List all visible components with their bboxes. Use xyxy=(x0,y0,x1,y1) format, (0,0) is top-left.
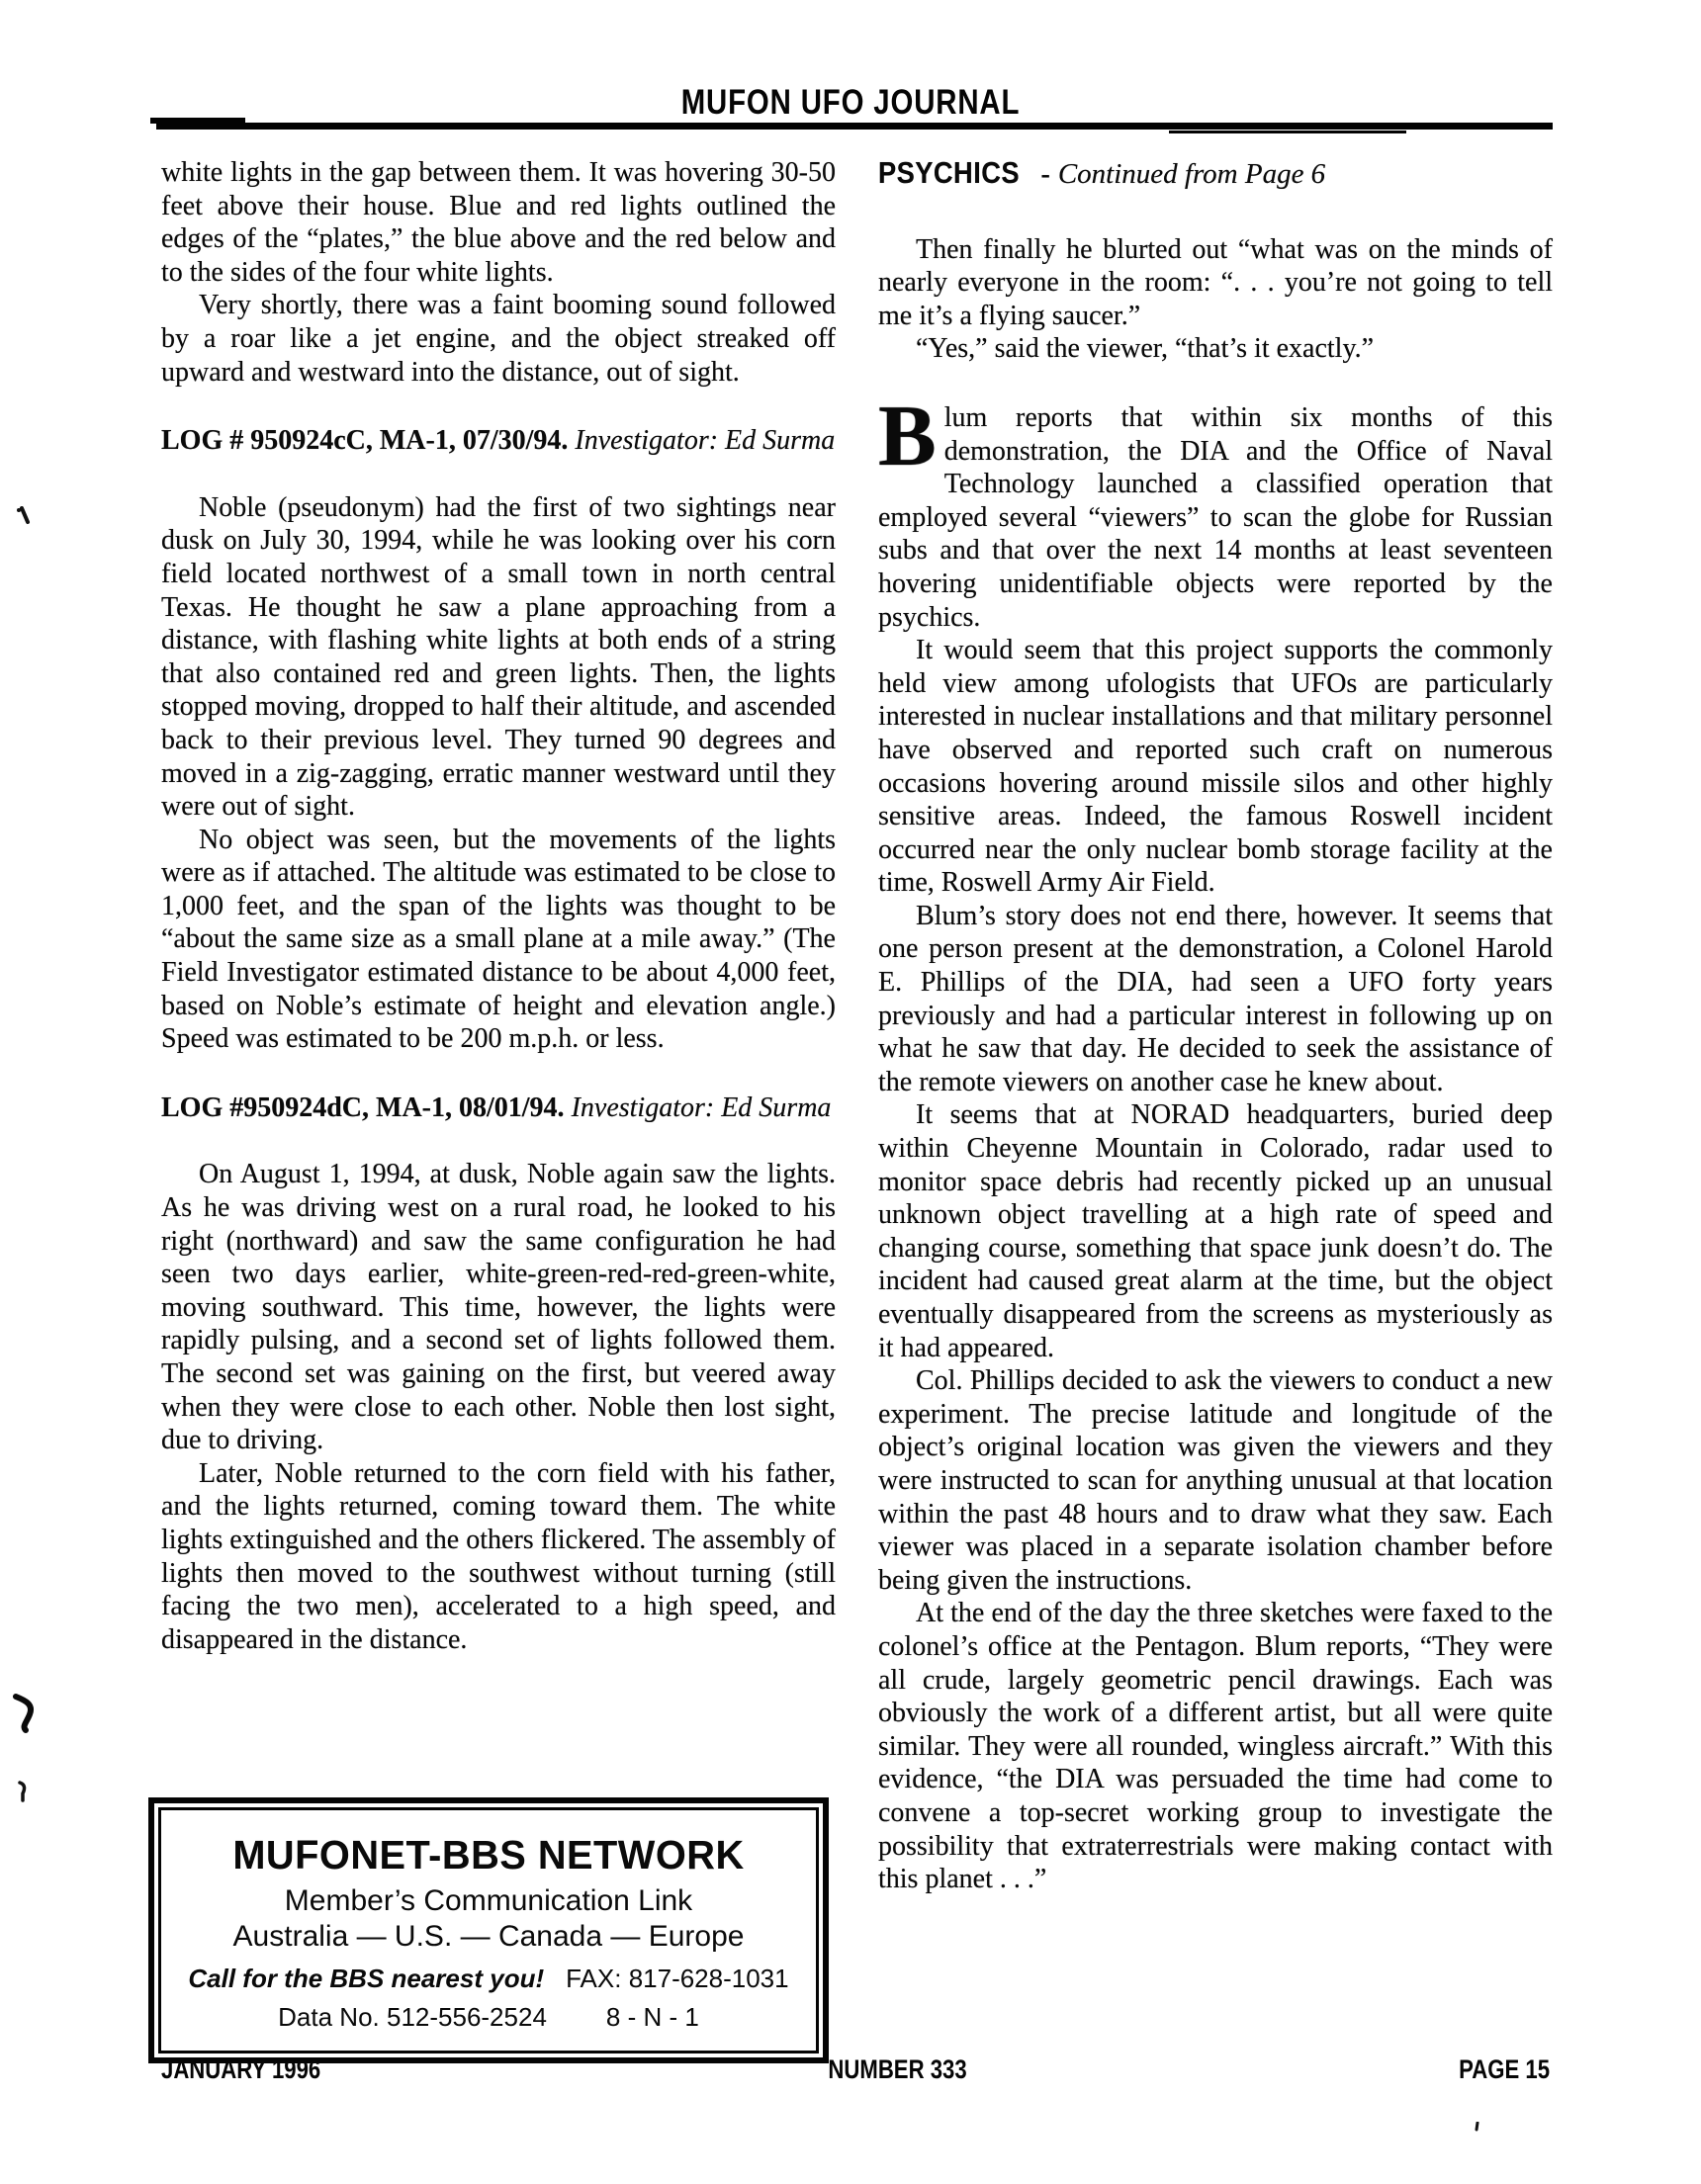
pen-small-mark xyxy=(17,1780,31,1803)
footer-issue-number: NUMBER 333 xyxy=(828,2054,966,2085)
ad-data-line: Data No. 512-556-25248 - N - 1 xyxy=(169,2002,808,2033)
paragraph: It seems that at NORAD headquarters, bur… xyxy=(878,1098,1553,1364)
paragraph: Blum’s story does not end there, however… xyxy=(878,900,1553,1099)
paragraph: “Yes,” said the viewer, “that’s it exact… xyxy=(878,332,1553,366)
mufonet-bbs-ad-inner: MUFONET-BBS NETWORK Member’s Communicati… xyxy=(158,1807,819,2053)
psychics-heading-dash: - xyxy=(1038,159,1057,190)
log-heading-1-investigator: Investigator: Ed Surma xyxy=(575,425,835,456)
log-heading-1: LOG # 950924cC, MA-1, 07/30/94. Investig… xyxy=(161,424,836,458)
ad-call-text: Call for the BBS nearest you! xyxy=(188,1964,544,1993)
header-rule xyxy=(156,123,1553,130)
right-column: PSYCHICS-Continued from Page 6 Then fina… xyxy=(878,156,1553,1896)
paragraph: white lights in the gap between them. It… xyxy=(161,156,836,289)
paragraph: No object was seen, but the movements of… xyxy=(161,824,836,1056)
page-footer: JANUARY 1996 NUMBER 333 PAGE 15 xyxy=(161,2054,1550,2085)
ad-subtitle: Member’s Communication Link xyxy=(169,1884,808,1918)
ad-regions: Australia — U.S. — Canada — Europe xyxy=(169,1920,808,1954)
ad-modem-params: 8 - N - 1 xyxy=(606,2002,699,2032)
paragraph: Then finally he blurted out “what was on… xyxy=(878,233,1553,333)
ad-fax-number: FAX: 817-628-1031 xyxy=(566,1964,789,1993)
ink-dot xyxy=(1474,2122,1481,2132)
ad-contact-line: Call for the BBS nearest you!FAX: 817-62… xyxy=(169,1964,808,1994)
dropcap-paragraph: Blum reports that within six months of t… xyxy=(878,401,1553,634)
pen-tick-mark xyxy=(16,506,36,526)
footer-issue-date: JANUARY 1996 xyxy=(161,2054,320,2085)
journal-masthead-title: MUFON UFO JOURNAL xyxy=(681,83,1021,123)
pen-hook-mark xyxy=(12,1693,42,1734)
ad-data-number: Data No. 512-556-2524 xyxy=(278,2002,547,2032)
footer-page-label: PAGE 15 xyxy=(1459,2054,1550,2085)
log-heading-2-number: LOG #950924dC, MA-1, 08/01/94. xyxy=(161,1092,565,1123)
log-heading-2-investigator: Investigator: Ed Surma xyxy=(572,1092,832,1123)
log-heading-1-number: LOG # 950924cC, MA-1, 07/30/94. xyxy=(161,425,568,456)
log-heading-2: LOG #950924dC, MA-1, 08/01/94. Investiga… xyxy=(161,1092,836,1125)
psychics-heading-label: PSYCHICS xyxy=(878,156,1020,190)
paragraph: Noble (pseudonym) had the first of two s… xyxy=(161,491,836,824)
ad-title: MUFONET-BBS NETWORK xyxy=(179,1832,799,1878)
paragraph: Later, Noble returned to the corn field … xyxy=(161,1457,836,1657)
dropcap-paragraph-text: lum reports that within six months of th… xyxy=(878,402,1553,633)
mufonet-bbs-ad-box: MUFONET-BBS NETWORK Member’s Communicati… xyxy=(148,1797,829,2063)
paragraph: It would seem that this project supports… xyxy=(878,634,1553,900)
paragraph: At the end of the day the three sketches… xyxy=(878,1597,1553,1895)
paragraph: On August 1, 1994, at dusk, Noble again … xyxy=(161,1158,836,1456)
left-column: white lights in the gap between them. It… xyxy=(161,156,836,1656)
paragraph: Very shortly, there was a faint booming … xyxy=(161,289,836,389)
psychics-heading-continued: Continued from Page 6 xyxy=(1058,158,1325,190)
psychics-heading: PSYCHICS-Continued from Page 6 xyxy=(878,156,1553,192)
paragraph: Col. Phillips decided to ask the viewers… xyxy=(878,1364,1553,1597)
journal-page: MUFON UFO JOURNAL white lights in the ga… xyxy=(0,0,1701,2184)
drop-cap: B xyxy=(878,401,944,469)
